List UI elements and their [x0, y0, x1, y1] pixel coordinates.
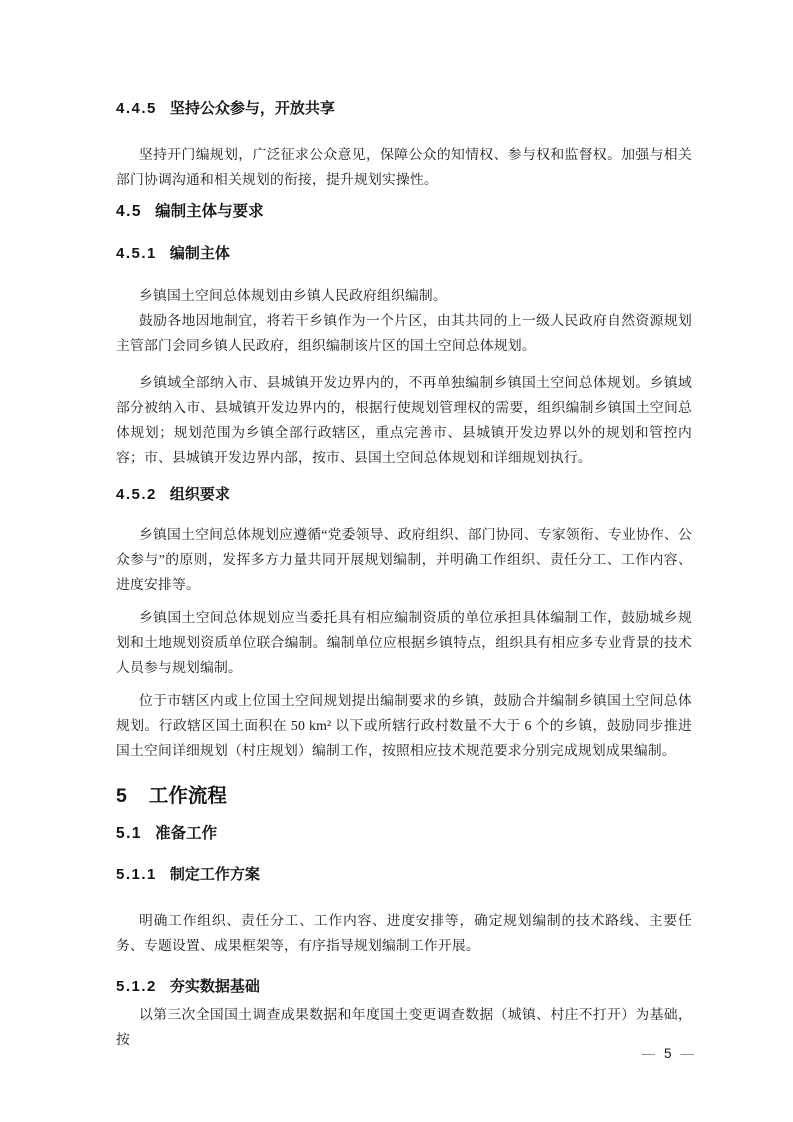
paragraph-org-principles: 乡镇国土空间总体规划应遵循“党委领导、政府组织、部门协同、专家领衔、专业协作、公… [116, 522, 692, 597]
paragraph-district-encourage: 鼓励各地因地制宜，将若干乡镇作为一个片区，由其共同的上一级人民政府自然资源规划主… [116, 308, 692, 358]
paragraph-org-merge: 位于市辖区内或上位国土空间规划提出编制要求的乡镇，鼓励合并编制乡镇国土空间总体规… [116, 688, 692, 763]
heading-number: 4.5 [116, 203, 142, 220]
heading-4-5-2: 4.5.2组织要求 [116, 485, 692, 505]
paragraph-data-basis: 以第三次全国国土调查成果数据和年度国土变更调查数据（城镇、村庄不打开）为基础，按 [116, 1002, 692, 1052]
heading-4-4-5: 4.4.5坚持公众参与，开放共享 [116, 99, 692, 119]
heading-4-5-1: 4.5.1编制主体 [116, 244, 692, 264]
footer-right-dash: — [681, 1046, 695, 1061]
footer-left-dash: — [641, 1046, 655, 1061]
paragraph-public-participation: 坚持开门编规划，广泛征求公众意见，保障公众的知情权、参与权和监督权。加强与相关部… [116, 142, 692, 192]
heading-number: 4.4.5 [116, 100, 157, 117]
heading-title: 编制主体 [170, 245, 230, 262]
heading-title: 编制主体与要求 [155, 203, 264, 220]
paragraph-boundary-rules: 乡镇域全部纳入市、县城镇开发边界内的，不再单独编制乡镇国土空间总体规划。乡镇域部… [116, 370, 692, 470]
heading-number: 5.1.2 [116, 978, 157, 995]
heading-5-1: 5.1准备工作 [116, 824, 692, 844]
heading-title: 工作流程 [149, 785, 227, 807]
paragraph-work-plan: 明确工作组织、责任分工、工作内容、进度安排等，确定规划编制的技术路线、主要任务、… [116, 908, 692, 958]
heading-number: 5.1 [116, 825, 142, 842]
document-page: 4.4.5坚持公众参与，开放共享 坚持开门编规划，广泛征求公众意见，保障公众的知… [116, 0, 692, 1052]
heading-number: 5 [116, 785, 127, 807]
heading-title: 夯实数据基础 [170, 978, 260, 995]
paragraph-compilation-subject: 乡镇国土空间总体规划由乡镇人民政府组织编制。 [116, 283, 692, 308]
page-number: 5 [664, 1046, 672, 1061]
heading-number: 4.5.1 [116, 245, 157, 262]
paragraph-org-qualification: 乡镇国土空间总体规划应当委托具有相应编制资质的单位承担具体编制工作，鼓励城乡规划… [116, 605, 692, 680]
heading-number: 4.5.2 [116, 486, 157, 503]
page-footer: —5— [641, 1046, 694, 1062]
heading-title: 组织要求 [170, 486, 230, 503]
heading-number: 5.1.1 [116, 866, 157, 883]
heading-5-1-1: 5.1.1制定工作方案 [116, 865, 692, 885]
heading-5-1-2: 5.1.2夯实数据基础 [116, 977, 692, 997]
heading-5: 5工作流程 [116, 783, 692, 809]
heading-title: 坚持公众参与，开放共享 [170, 100, 335, 117]
heading-title: 准备工作 [155, 825, 217, 842]
heading-title: 制定工作方案 [170, 866, 260, 883]
heading-4-5: 4.5编制主体与要求 [116, 202, 692, 222]
